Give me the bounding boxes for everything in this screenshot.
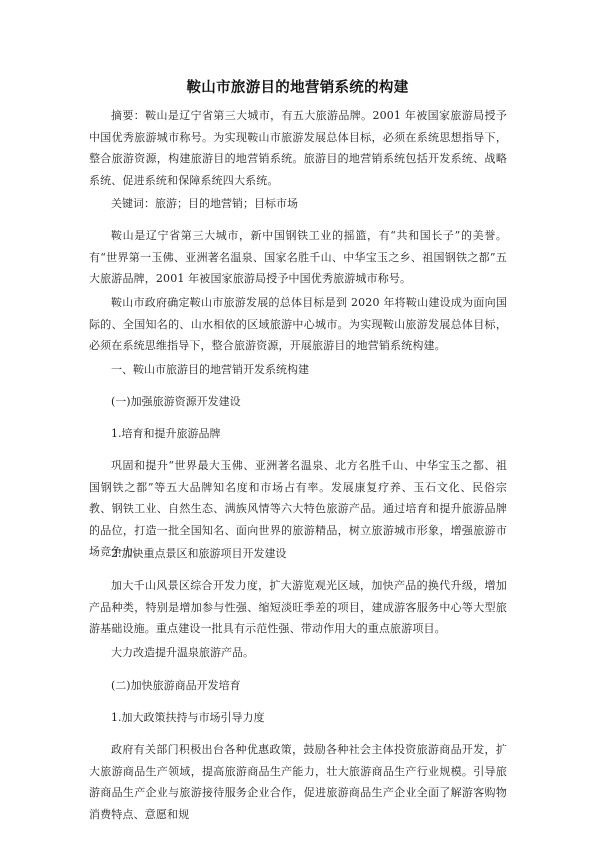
item-2-text: 加大千山风景区综合开发力度，扩大游览观光区域，加快产品的换代升级，增加产品种类，… (89, 575, 507, 640)
section-1-heading: 一、鞍山市旅游目的地营销开发系统构建 (111, 359, 309, 381)
document-page: 鞍山市旅游目的地营销系统的构建 摘要：鞍山是辽宁省第三大城市，有五大旅游品牌。2… (0, 0, 595, 842)
keywords: 关键词：旅游；目的地营销；目标市场 (111, 193, 298, 215)
intro-paragraph-2: 鞍山市政府确定鞍山市旅游发展的总体目标是到 2020 年将鞍山建设成为面向国际的… (89, 292, 507, 357)
abstract: 摘要：鞍山是辽宁省第三大城市，有五大旅游品牌。2001 年被国家旅游局授予中国优… (89, 105, 507, 191)
item-2-heading: 2.加快重点景区和旅游项目开发建设 (111, 543, 287, 565)
subsection-2-heading: (二)加快旅游商品开发培育 (111, 675, 241, 697)
subsection-1-heading: (一)加强旅游资源开发建设 (111, 391, 241, 413)
document-title: 鞍山市旅游目的地营销系统的构建 (0, 76, 595, 97)
item-1-heading: 1.培育和提升旅游品牌 (111, 423, 221, 445)
item-2-extra: 大力改造提升温泉旅游产品。 (111, 642, 254, 664)
item-3-text: 政府有关部门积极出台各种优惠政策，鼓励各种社会主体投资旅游商品开发，扩大旅游商品… (89, 739, 507, 825)
item-3-heading: 1.加大政策扶持与市场引导力度 (111, 707, 265, 729)
intro-paragraph-1: 鞍山是辽宁省第三大城市，新中国钢铁工业的摇篮，有“共和国长子”的美誉。有“世界第… (89, 225, 507, 290)
